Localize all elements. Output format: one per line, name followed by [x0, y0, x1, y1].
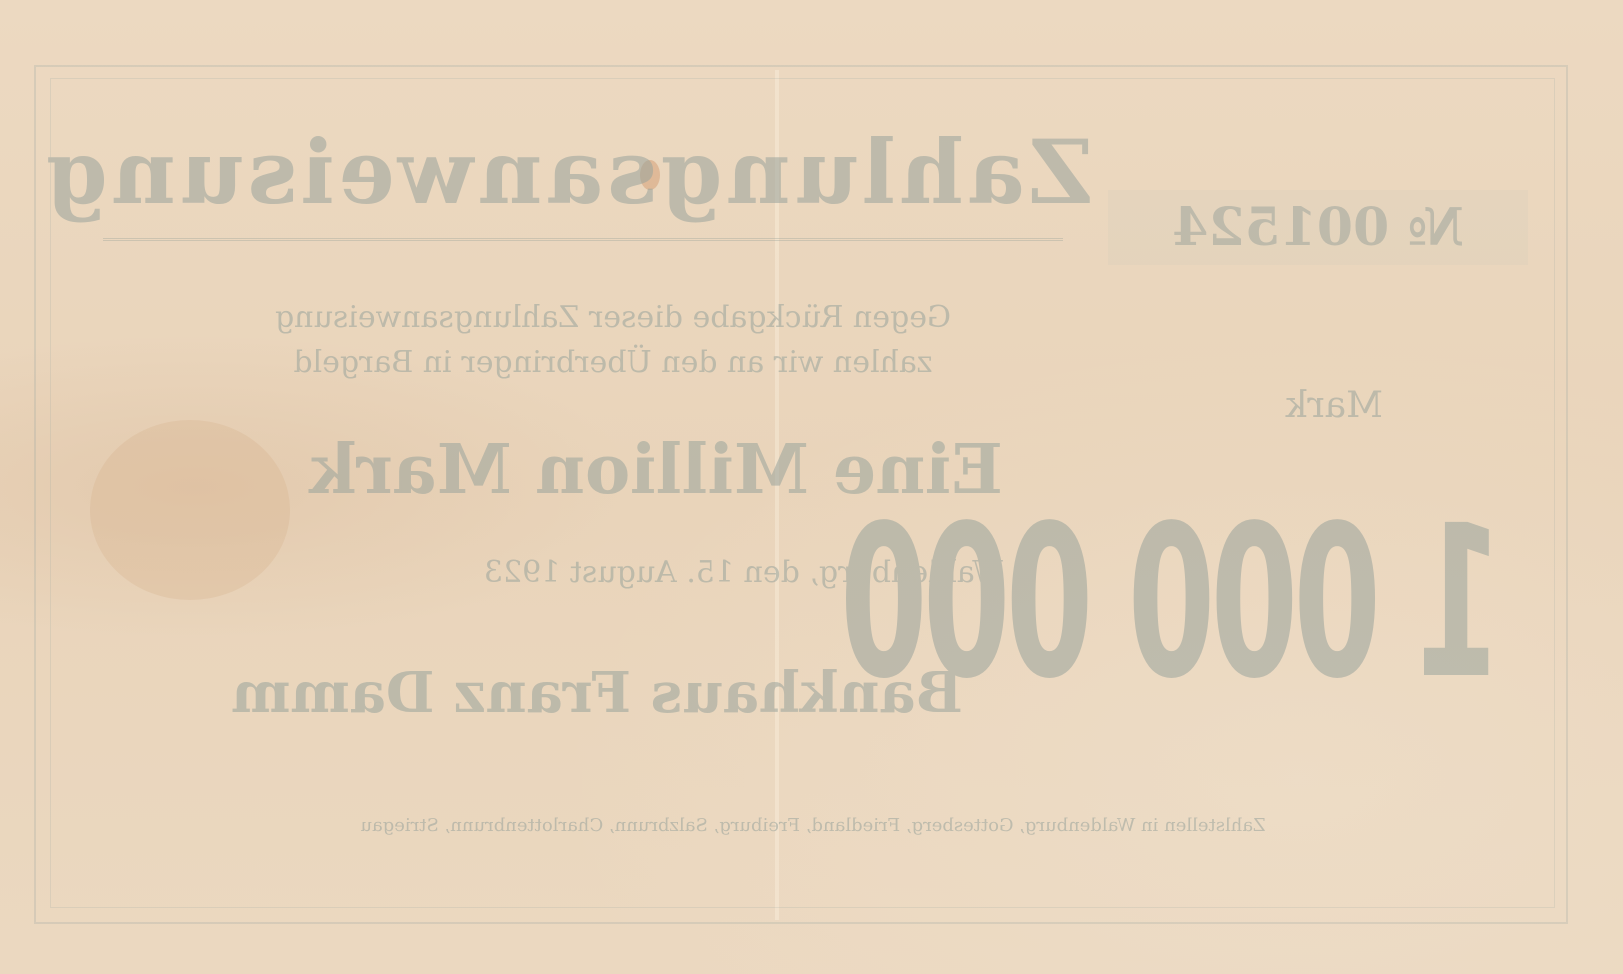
- mirrored-print: Zahlungsanweisung № 001524 Gegen Rückgab…: [0, 0, 1623, 974]
- body-line-2: zahlen wir an den Überbringer in Bargeld: [163, 345, 1063, 380]
- serial-number: № 001524: [1108, 190, 1528, 265]
- body-line-1: Gegen Rückgabe dieser Zahlungsanweisung: [163, 300, 1063, 335]
- banknote-paper: Zahlungsanweisung № 001524 Gegen Rückgab…: [0, 0, 1623, 974]
- date-line: Waldenburg, den 15. August 1923: [484, 555, 1003, 590]
- footer-text: Zahlstellen in Waldenburg, Gottesberg, F…: [93, 815, 1533, 836]
- currency-label: Mark: [1286, 385, 1383, 426]
- issuer-name: Bankhaus Franz Damm: [231, 660, 963, 726]
- title-underline: [103, 238, 1063, 241]
